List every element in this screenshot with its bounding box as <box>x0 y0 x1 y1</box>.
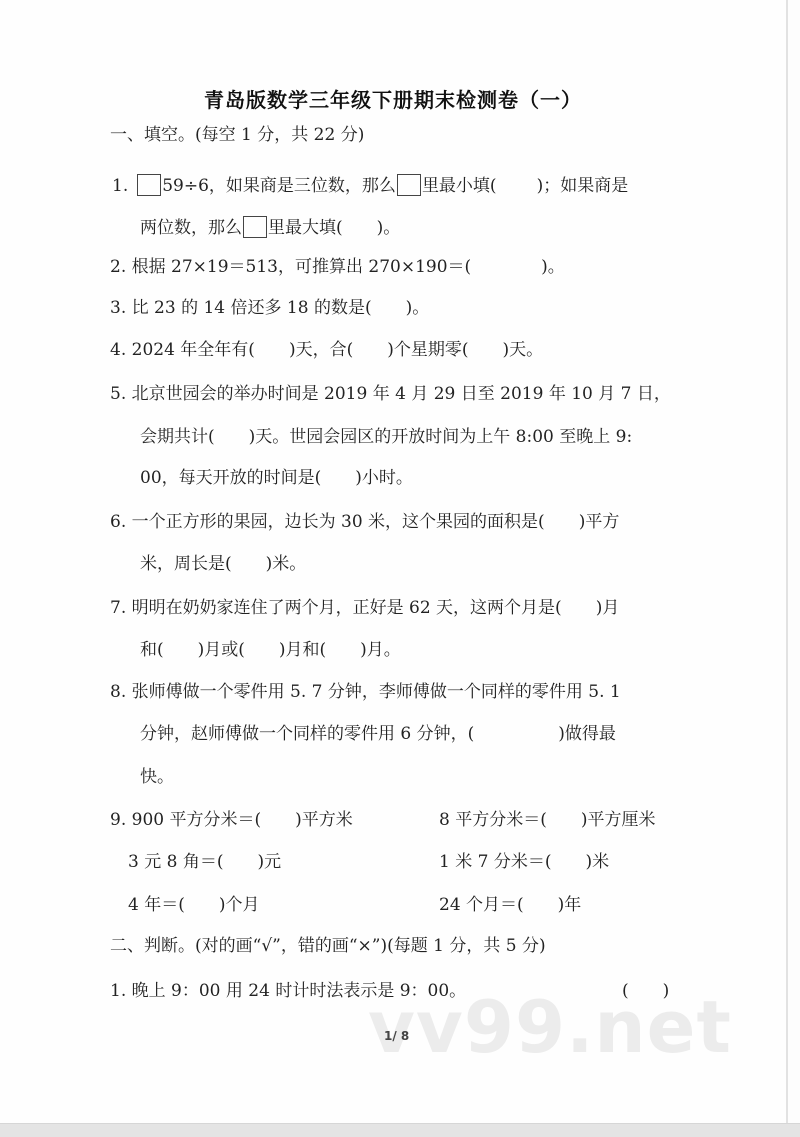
question-text: )平方米 <box>295 810 353 830</box>
question-text: 8 平方分米＝( <box>439 810 547 830</box>
question-text: 和( <box>140 640 164 660</box>
question-text: 1 米 7 分米＝( <box>439 852 551 872</box>
question-text: 里最小填( <box>422 176 497 196</box>
question-text: 9. 900 平方分米＝( <box>110 810 261 830</box>
question-text: )小时。 <box>355 468 413 488</box>
answer-box[interactable] <box>397 174 421 196</box>
question-5-line-3: 00，每天开放的时间是()小时。 <box>140 467 413 489</box>
question-number: 1. <box>112 176 128 196</box>
question-1-line-2: 两位数，那么里最大填()。 <box>140 216 400 239</box>
question-text: )年 <box>558 895 582 915</box>
answer-box[interactable] <box>243 216 267 238</box>
question-text: )月或( <box>198 640 245 660</box>
question-7-line-2: 和()月或()月和()月。 <box>140 639 401 661</box>
question-text: 米，周长是( <box>140 554 232 574</box>
question-6-line-2: 米，周长是()米。 <box>140 553 306 575</box>
question-7-line-1: 7. 明明在奶奶家连住了两个月，正好是 62 天，这两个月是()月 <box>110 597 619 619</box>
question-text: )月 <box>596 598 620 618</box>
question-text: 3 元 8 角＝( <box>128 852 223 872</box>
exam-page: 青岛版数学三年级下册期末检测卷（一） 一、填空。(每空 1 分，共 22 分) … <box>0 0 788 1123</box>
question-text: 00，每天开放的时间是( <box>140 468 321 488</box>
question-8-line-3: 快。 <box>140 766 174 788</box>
question-8-line-2: 分钟，赵师傅做一个同样的零件用 6 分钟，()做得最 <box>140 723 616 745</box>
question-1-line-1: 1.59÷6，如果商是三位数，那么里最小填()；如果商是 <box>112 174 628 197</box>
question-text: 分钟，赵师傅做一个同样的零件用 6 分钟，( <box>140 724 474 744</box>
question-text: 24 个月＝( <box>439 895 524 915</box>
section2-heading: 二、判断。(对的画“√”，错的画“×”)(每题 1 分，共 5 分) <box>110 935 546 957</box>
question-text: )个月 <box>219 895 260 915</box>
answer-box[interactable] <box>137 174 161 196</box>
question-9-row-3-left: 4 年＝()个月 <box>128 894 260 916</box>
question-text: )天。世园会园区的开放时间为上午 8:00 至晚上 9: <box>249 427 633 447</box>
question-8-line-1: 8. 张师傅做一个零件用 5. 7 分钟，李师傅做一个同样的零件用 5. 1 <box>110 681 621 703</box>
question-text: )。 <box>406 298 430 318</box>
question-text: )做得最 <box>558 724 616 744</box>
question-text: 6. 一个正方形的果园，边长为 30 米，这个果园的面积是( <box>110 512 545 532</box>
question-text: 59÷6，如果商是三位数，那么 <box>162 176 396 196</box>
question-text: )月和( <box>279 640 326 660</box>
question-text: )天，合( <box>289 340 353 360</box>
question-text: 里最大填( <box>268 218 343 238</box>
question-text: 7. 明明在奶奶家连住了两个月，正好是 62 天，这两个月是( <box>110 598 562 618</box>
question-3: 3. 比 23 的 14 倍还多 18 的数是()。 <box>110 297 429 319</box>
question-text: )。 <box>377 218 401 238</box>
question-text: )；如果商是 <box>537 176 629 196</box>
question-6-line-1: 6. 一个正方形的果园，边长为 30 米，这个果园的面积是()平方 <box>110 511 619 533</box>
question-text: 2. 根据 27×19＝513，可推算出 270×190＝( <box>110 257 471 277</box>
question-text: )个星期零( <box>387 340 468 360</box>
question-9-row-2-left: 3 元 8 角＝()元 <box>128 851 281 873</box>
section1-heading: 一、填空。(每空 1 分，共 22 分) <box>110 124 364 146</box>
question-text: )米。 <box>266 554 307 574</box>
question-5-line-1: 5. 北京世园会的举办时间是 2019 年 4 月 29 日至 2019 年 1… <box>110 383 671 405</box>
question-text: 会期共计( <box>140 427 215 447</box>
document-title: 青岛版数学三年级下册期末检测卷（一） <box>0 84 786 113</box>
question-text: )天。 <box>502 340 543 360</box>
question-text: )平方 <box>579 512 620 532</box>
question-9-row-2-right: 1 米 7 分米＝()米 <box>439 851 609 873</box>
question-5-line-2: 会期共计()天。世园会园区的开放时间为上午 8:00 至晚上 9: <box>140 426 632 448</box>
question-9-row-1-right: 8 平方分米＝()平方厘米 <box>439 809 656 831</box>
viewer-bottom-bar <box>0 1123 800 1137</box>
page-indicator: 1/ 8 <box>384 1029 409 1043</box>
question-text: )。 <box>541 257 565 277</box>
question-text: 4. 2024 年全年有( <box>110 340 255 360</box>
question-9-row-1-left: 9. 900 平方分米＝()平方米 <box>110 809 353 831</box>
question-2: 2. 根据 27×19＝513，可推算出 270×190＝()。 <box>110 256 565 278</box>
question-text: 两位数，那么 <box>140 218 242 238</box>
question-4: 4. 2024 年全年有()天，合()个星期零()天。 <box>110 339 543 361</box>
watermark-text: vv99.net <box>368 985 732 1069</box>
question-text: )月。 <box>360 640 401 660</box>
question-text: 3. 比 23 的 14 倍还多 18 的数是( <box>110 298 372 318</box>
question-text: )平方厘米 <box>581 810 656 830</box>
question-text: )米 <box>585 852 609 872</box>
question-9-row-3-right: 24 个月＝()年 <box>439 894 581 916</box>
question-text: )元 <box>257 852 281 872</box>
question-text: 4 年＝( <box>128 895 185 915</box>
